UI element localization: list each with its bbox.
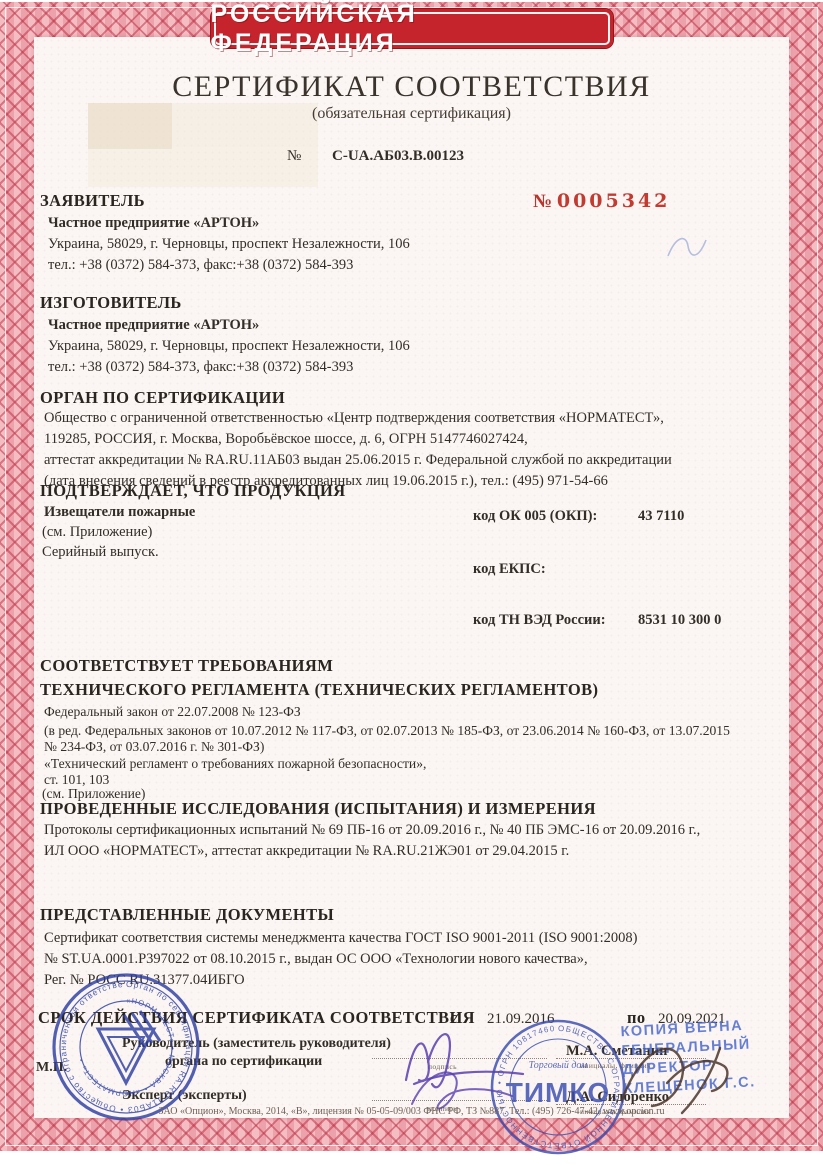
cert-number-value: C-UA.АБ03.B.00123 bbox=[332, 148, 464, 165]
country-banner: РОССИЙСКАЯ ФЕДЕРАЦИЯ bbox=[210, 8, 614, 49]
stamp-triangle-logo bbox=[98, 1011, 160, 1083]
ekps-code-label: код ЕКПС: bbox=[473, 561, 546, 578]
certificate-page: РОССИЙСКАЯ ФЕДЕРАЦИЯ СЕРТИФИКАТ СООТВЕТС… bbox=[0, 0, 823, 1165]
cert-body-line: 119285, РОССИЯ, г. Москва, Воробьёвское … bbox=[44, 431, 528, 448]
serial-number: № 0005342 bbox=[533, 190, 670, 213]
tnved-code-value: 8531 10 300 0 bbox=[638, 612, 721, 629]
manufacturer-phone: тел.: +38 (0372) 584-373, факс:+38 (0372… bbox=[48, 359, 353, 376]
documents-line: Сертификат соответствия системы менеджме… bbox=[44, 930, 637, 947]
requirements-heading-1: СООТВЕТСТВУЕТ ТРЕБОВАНИЯМ bbox=[40, 656, 333, 676]
product-name: Извещатели пожарные bbox=[44, 504, 195, 521]
tnved-code-label: код ТН ВЭД России: bbox=[473, 612, 606, 629]
applicant-heading: ЗАЯВИТЕЛЬ bbox=[40, 191, 145, 211]
printer-footer: ЗАО «Опцион», Москва, 2014, «В», лицензи… bbox=[0, 1106, 823, 1117]
serial-label: № bbox=[533, 191, 552, 212]
manufacturer-heading: ИЗГОТОВИТЕЛЬ bbox=[40, 293, 182, 313]
product-issue-type: Серийный выпуск. bbox=[42, 544, 159, 561]
certificate-subtitle: (обязательная сертификация) bbox=[0, 105, 823, 123]
manufacturer-address: Украина, 58029, г. Черновцы, проспект Не… bbox=[48, 338, 410, 355]
serial-digits: 0005342 bbox=[557, 190, 671, 212]
okp-code-value: 43 7110 bbox=[638, 508, 684, 525]
director-signature-ink bbox=[612, 1028, 737, 1118]
okp-code-label: код ОК 005 (ОКП): bbox=[473, 508, 597, 525]
cert-number-label: № bbox=[287, 148, 301, 165]
cert-body-line: аттестат аккредитации № RA.RU.11АБ03 выд… bbox=[44, 452, 672, 469]
requirements-line: (в ред. Федеральных законов от 10.07.201… bbox=[44, 723, 730, 739]
requirements-line: «Технический регламент о требованиях пож… bbox=[44, 756, 426, 772]
round-stamp-cert-body: Орган по сертификации RA.RU.11АБ03 • Общ… bbox=[50, 971, 202, 1123]
cert-body-line: Общество с ограниченной ответственностью… bbox=[44, 410, 664, 427]
watermark-patch bbox=[88, 147, 318, 187]
requirements-line: Федеральный закон от 22.07.2008 № 123-ФЗ bbox=[44, 704, 301, 720]
stamp-small-text: Торговый дом bbox=[529, 1060, 588, 1071]
applicant-address: Украина, 58029, г. Черновцы, проспект Не… bbox=[48, 236, 410, 253]
tests-line: ИЛ ООО «НОРМАТЕСТ», аттестат аккредитаци… bbox=[44, 843, 569, 860]
product-note: (см. Приложение) bbox=[42, 524, 152, 541]
applicant-name: Частное предприятие «АРТОН» bbox=[48, 215, 259, 232]
requirements-line: № 234-ФЗ, от 03.07.2016 г. № 301-ФЗ) bbox=[44, 739, 264, 755]
requirements-heading-2: ТЕХНИЧЕСКОГО РЕГЛАМЕНТА (ТЕХНИЧЕСКИХ РЕГ… bbox=[40, 680, 598, 700]
tests-heading: ПРОВЕДЕННЫЕ ИССЛЕДОВАНИЯ (ИСПЫТАНИЯ) И И… bbox=[40, 799, 596, 819]
cert-body-heading: ОРГАН ПО СЕРТИФИКАЦИИ bbox=[40, 388, 285, 408]
certificate-title: СЕРТИФИКАТ СООТВЕТСТВИЯ bbox=[0, 70, 823, 104]
manufacturer-name: Частное предприятие «АРТОН» bbox=[48, 317, 259, 334]
tests-line: Протоколы сертификационных испытаний № 6… bbox=[44, 822, 700, 839]
documents-line: № ST.UA.0001.Р397022 от 08.10.2015 г., в… bbox=[44, 951, 588, 968]
documents-heading: ПРЕДСТАВЛЕННЫЕ ДОКУМЕНТЫ bbox=[40, 905, 334, 925]
country-banner-text: РОССИЙСКАЯ ФЕДЕРАЦИЯ bbox=[211, 0, 613, 58]
applicant-phone: тел.: +38 (0372) 584-373, факс:+38 (0372… bbox=[48, 257, 353, 274]
pen-mark bbox=[662, 226, 712, 271]
product-heading: ПОДТВЕРЖДАЕТ, ЧТО ПРОДУКЦИЯ bbox=[40, 481, 346, 501]
